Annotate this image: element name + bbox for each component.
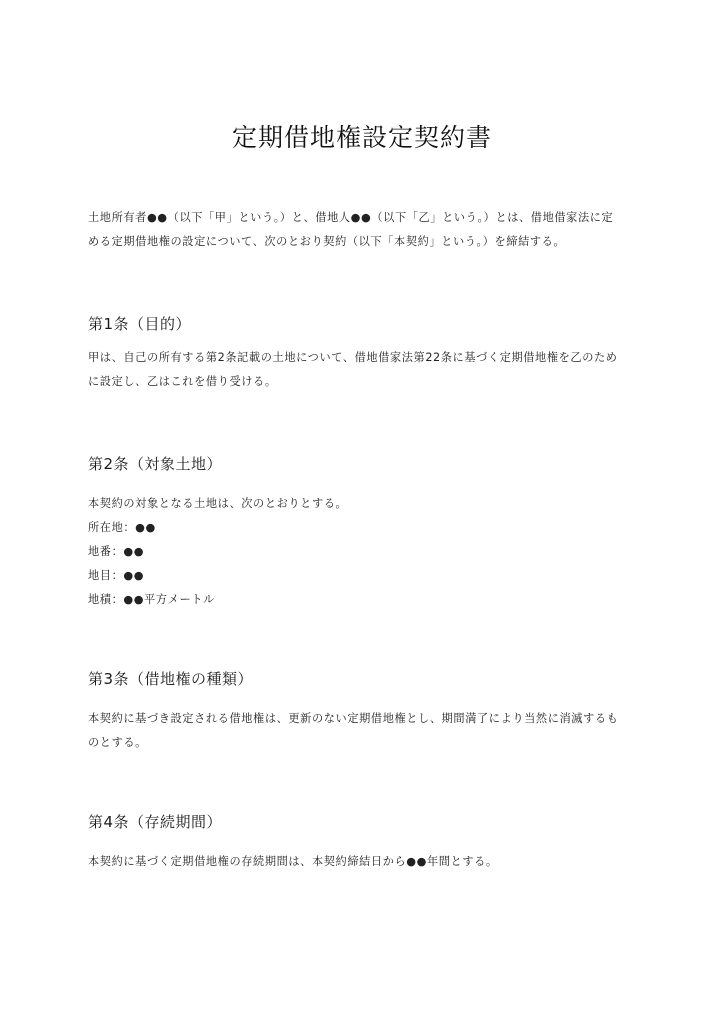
article-line: に設定し、乙はこれを借り受ける。	[88, 370, 648, 394]
document-title: 定期借地権設定契約書	[0, 118, 724, 154]
article-line: 甲は、自己の所有する第2条記載の土地について、借地借家法第22条に基づく定期借地…	[88, 346, 648, 370]
article-4-heading: 第4条（存続期間）	[88, 811, 222, 832]
land-lot-number: 地番：●●	[88, 540, 648, 564]
land-location: 所在地：●●	[88, 516, 648, 540]
article-4-body: 本契約に基づく定期借地権の存続期間は、本契約締結日から●●年間とする。	[88, 850, 648, 874]
article-line: 本契約に基づく定期借地権の存続期間は、本契約締結日から●●年間とする。	[88, 850, 648, 874]
article-1-heading: 第1条（目的）	[88, 313, 191, 334]
article-3-heading: 第3条（借地権の種類）	[88, 668, 253, 689]
land-area: 地積：●●平方メートル	[88, 588, 648, 612]
preamble-line: 土地所有者●●（以下「甲」という。）と、借地人●●（以下「乙」という。）とは、借…	[88, 206, 648, 230]
article-line: 本契約に基づき設定される借地権は、更新のない定期借地権とし、期間満了により当然に…	[88, 707, 648, 731]
land-category: 地目：●●	[88, 564, 648, 588]
article-1-body: 甲は、自己の所有する第2条記載の土地について、借地借家法第22条に基づく定期借地…	[88, 346, 648, 394]
article-2-heading: 第2条（対象土地）	[88, 453, 222, 474]
article-3-body: 本契約に基づき設定される借地権は、更新のない定期借地権とし、期間満了により当然に…	[88, 707, 648, 755]
article-line: 本契約の対象となる土地は、次のとおりとする。	[88, 492, 648, 516]
article-2-body: 本契約の対象となる土地は、次のとおりとする。 所在地：●● 地番：●● 地目：●…	[88, 492, 648, 612]
article-line: のとする。	[88, 731, 648, 755]
preamble: 土地所有者●●（以下「甲」という。）と、借地人●●（以下「乙」という。）とは、借…	[88, 206, 648, 254]
preamble-line: める定期借地権の設定について、次のとおり契約（以下「本契約」という。）を締結する…	[88, 230, 648, 254]
